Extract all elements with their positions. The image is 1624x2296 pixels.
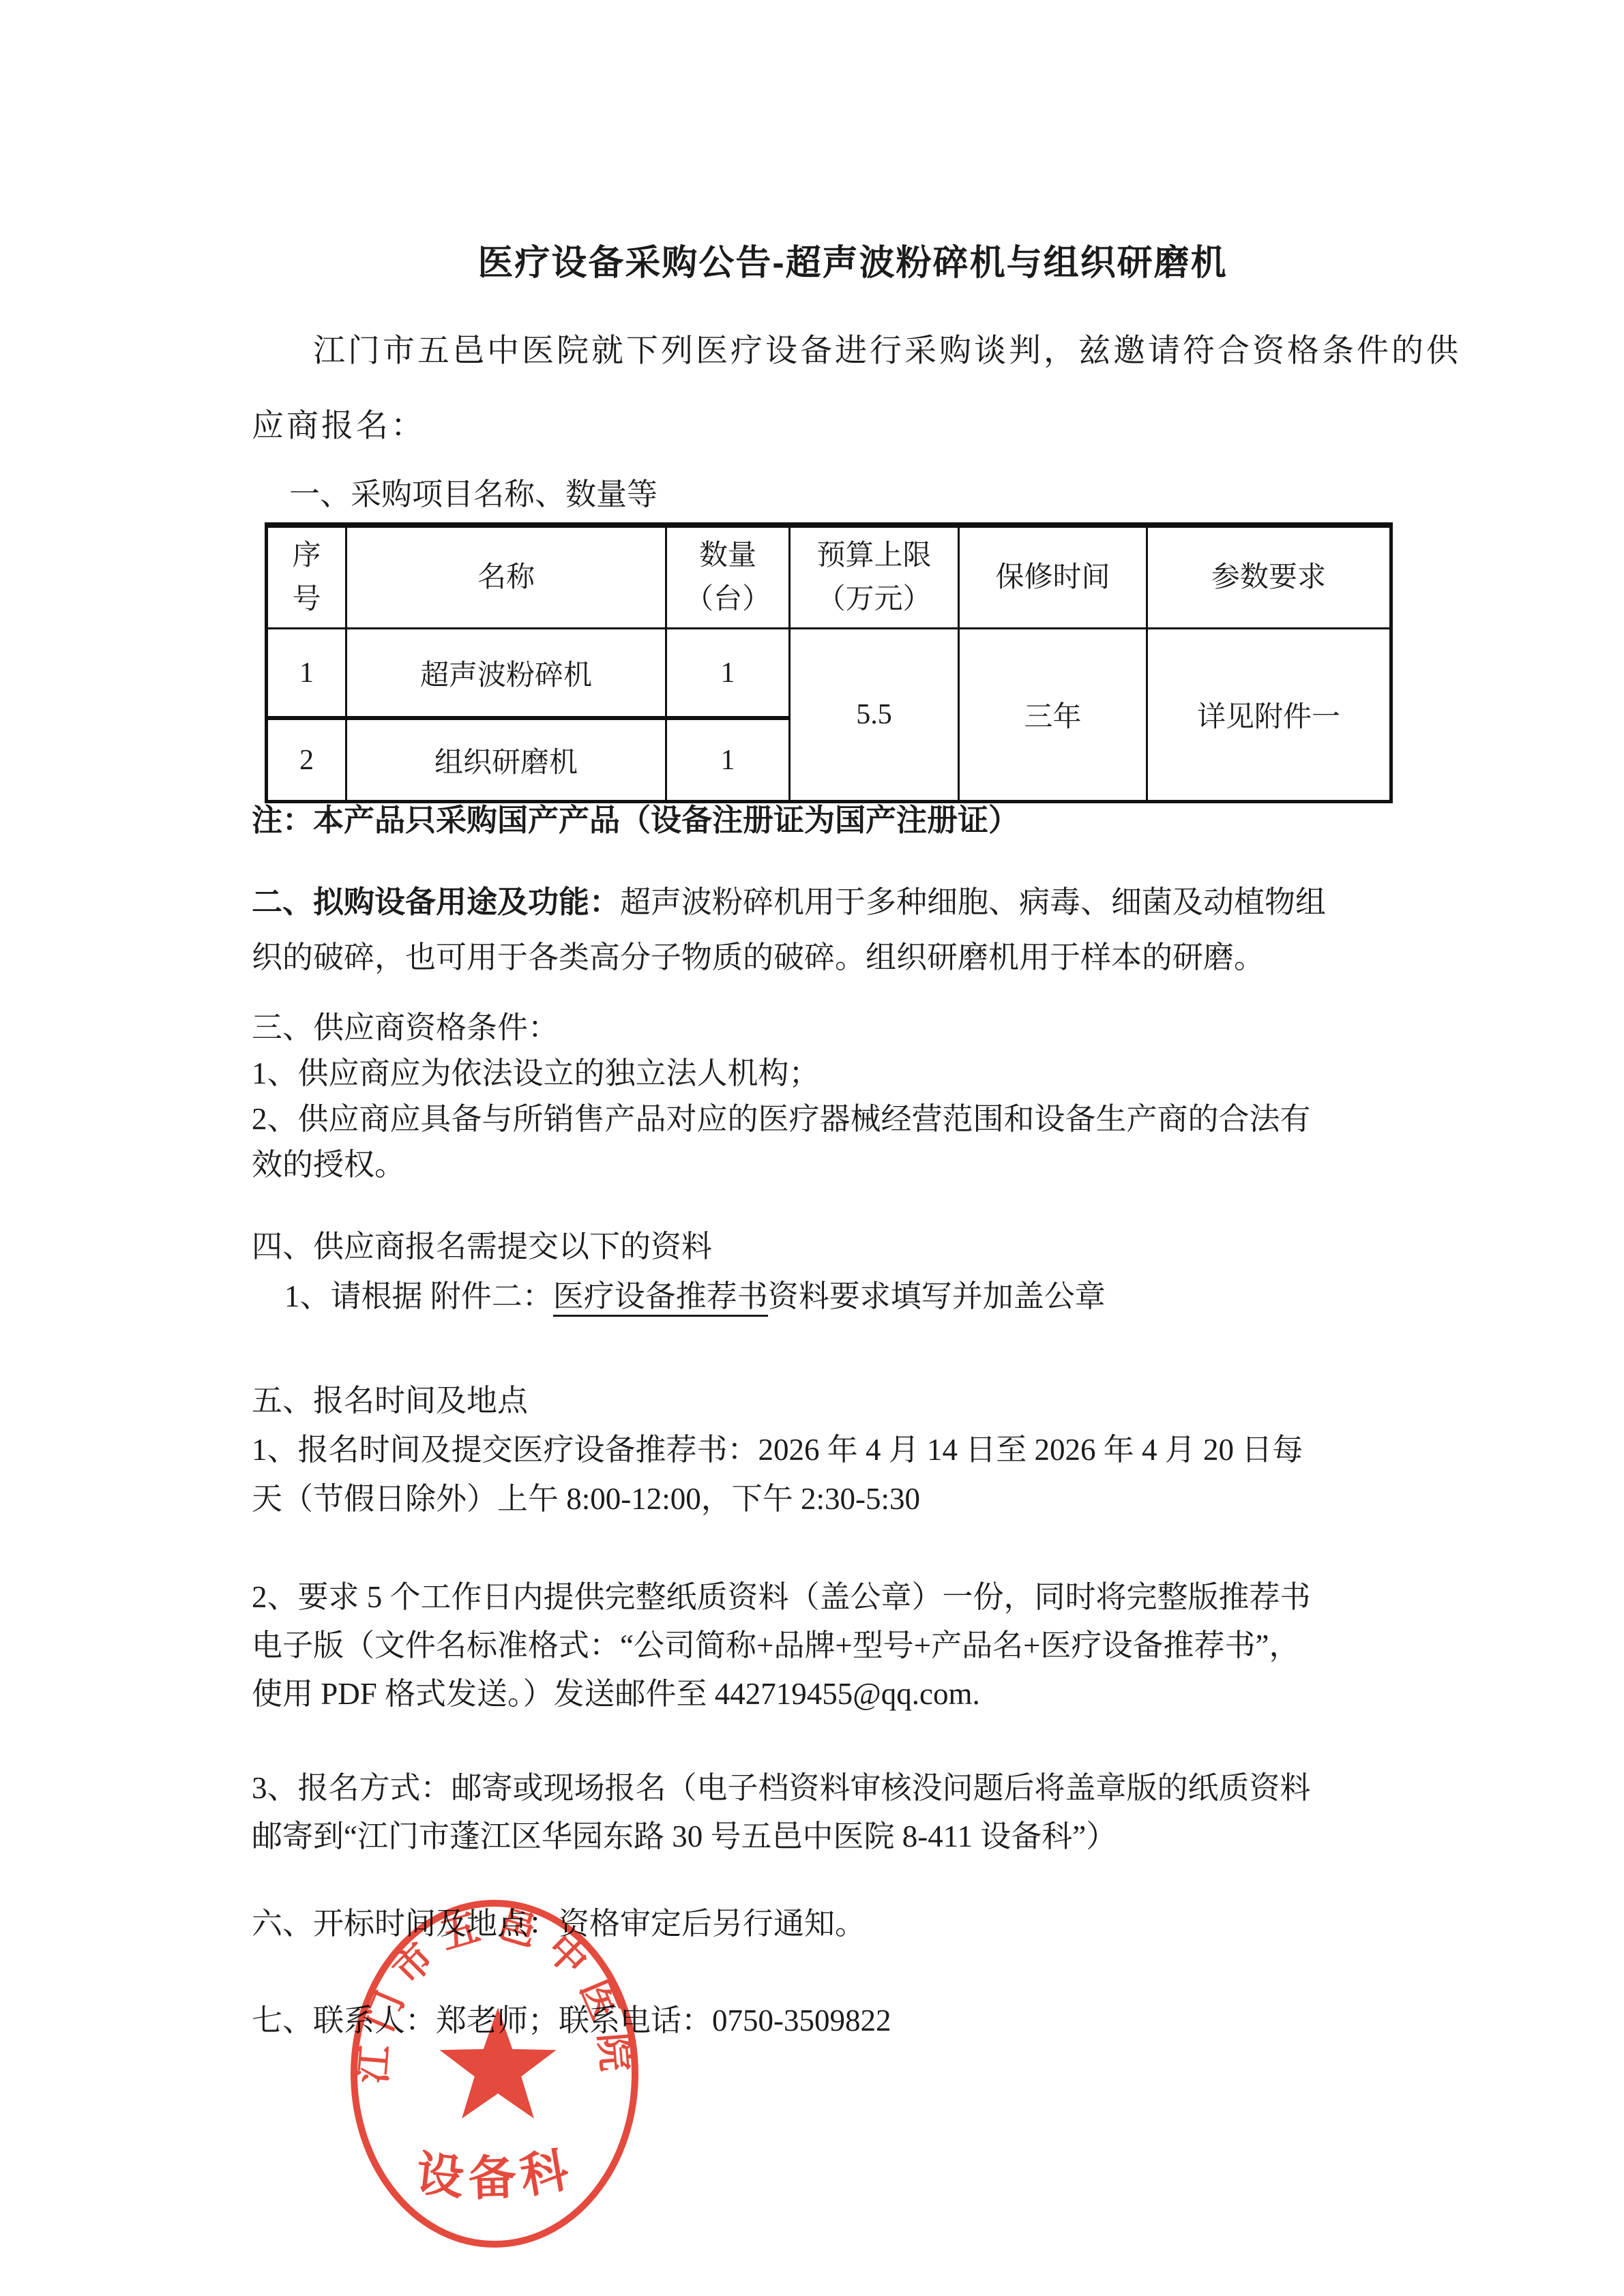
section5-heading: 五、报名时间及地点 [252,1376,1303,1425]
section2-heading: 二、拟购设备用途及功能： [252,885,620,919]
section3-item-1: 1、供应商应为依法设立的独立法人机构； [252,1051,1311,1097]
section2-text: 超声波粉碎机用于多种细胞、病毒、细菌及动植物组 [620,885,1326,919]
stamp-bottom-text-holder: 设备科 [413,2143,579,2206]
intro-line-1: 江门市五邑中医院就下列医疗设备进行采购谈判，兹邀请符合资格条件的供 [252,313,1548,388]
section3-item-2-line-2: 效的授权。 [252,1142,1311,1188]
procurement-table: 序 号 名称 数量 （台） 预算上限 （万元） 保修时间 参数要求 1 超声波粉… [265,522,1393,803]
intro-line-2: 应商报名： [252,388,1548,463]
stamp-bottom-text: 设备科 [413,2143,579,2206]
section5-item-2-line-2: 电子版（文件名标准格式：“公司简称+品牌+型号+产品名+医疗设备推荐书”， [252,1622,1311,1670]
header-budget: 预算上限 （万元） [790,525,959,629]
section5-item3-block: 3、报名方式：邮寄或现场报名（电子档资料审核没问题后将盖章版的纸质资料 邮寄到“… [252,1764,1311,1861]
section5-item-3-line-1: 3、报名方式：邮寄或现场报名（电子档资料审核没问题后将盖章版的纸质资料 [252,1764,1311,1813]
star-icon [439,2008,556,2119]
section5-item-1-line-1: 1、报名时间及提交医疗设备推荐书：2026 年 4 月 14 日至 2026 年… [252,1425,1303,1474]
section5-item-3-line-2: 邮寄到“江门市蓬江区华园东路 30 号五邑中医院 8-411 设备科”） [252,1813,1311,1861]
cell-name-2: 组织研磨机 [346,718,666,802]
section5-item-2-line-3: 使用 PDF 格式发送。）发送邮件至 442719455@qq.com. [252,1670,1311,1718]
cell-name-1: 超声波粉碎机 [346,629,666,719]
cell-seq-1: 1 [267,629,346,719]
official-stamp: 江门市五邑中医院 设备科 [344,1896,645,2252]
cell-warranty-merged: 三年 [959,629,1147,802]
page-title: 医疗设备采购公告-超声波粉碎机与组织研磨机 [89,239,1616,288]
section3-paragraph: 三、供应商资格条件： 1、供应商应为依法设立的独立法人机构； 2、供应商应具备与… [252,1005,1311,1188]
intro-paragraph: 江门市五邑中医院就下列医疗设备进行采购谈判，兹邀请符合资格条件的供 应商报名： [252,313,1548,463]
section4-heading: 四、供应商报名需提交以下的资料 [252,1222,1106,1272]
cell-seq-2: 2 [267,718,346,802]
header-params: 参数要求 [1147,525,1391,629]
section5-item-1-line-2: 天（节假日除外）上午 8:00-12:00，下午 2:30-5:30 [252,1474,1303,1523]
section5-item2-block: 2、要求 5 个工作日内提供完整纸质资料（盖公章）一份，同时将完整版推荐书 电子… [252,1573,1311,1718]
section5-item-2-line-1: 2、要求 5 个工作日内提供完整纸质资料（盖公章）一份，同时将完整版推荐书 [252,1573,1311,1622]
header-name: 名称 [346,525,666,629]
section1-heading: 一、采购项目名称、数量等 [289,477,658,511]
table-header-row: 序 号 名称 数量 （台） 预算上限 （万元） 保修时间 参数要求 [267,525,1391,629]
section3-heading: 三、供应商资格条件： [252,1005,1311,1051]
cell-budget-merged: 5.5 [790,629,959,802]
attachment-link-text: 医疗设备推荐书 [553,1279,768,1317]
table-note: 注：本产品只采购国产产品（设备注册证为国产注册证） [252,804,1019,837]
header-warranty: 保修时间 [959,525,1147,629]
section4-paragraph: 四、供应商报名需提交以下的资料 1、请根据 附件二：医疗设备推荐书资料要求填写并… [252,1222,1106,1322]
header-seq: 序 号 [267,525,346,629]
section2-paragraph: 二、拟购设备用途及功能：超声波粉碎机用于多种细胞、病毒、细菌及动植物组 织的破碎… [252,875,1326,985]
section5-heading-block: 五、报名时间及地点 1、报名时间及提交医疗设备推荐书：2026 年 4 月 14… [252,1376,1303,1523]
cell-params-merged: 详见附件一 [1147,629,1391,802]
header-qty: 数量 （台） [666,525,790,629]
table-row: 1 超声波粉碎机 1 5.5 三年 详见附件一 [267,629,1391,719]
section2-line-1: 二、拟购设备用途及功能：超声波粉碎机用于多种细胞、病毒、细菌及动植物组 [252,875,1326,930]
cell-qty-2: 1 [666,718,790,802]
section3-item-2-line-1: 2、供应商应具备与所销售产品对应的医疗器械经营范围和设备生产商的合法有 [252,1097,1311,1142]
section4-item-1: 1、请根据 附件二：医疗设备推荐书资料要求填写并加盖公章 [252,1272,1106,1322]
cell-qty-1: 1 [666,629,790,719]
section2-line-2: 织的破碎，也可用于各类高分子物质的破碎。组织研磨机用于样本的研磨。 [252,930,1326,985]
